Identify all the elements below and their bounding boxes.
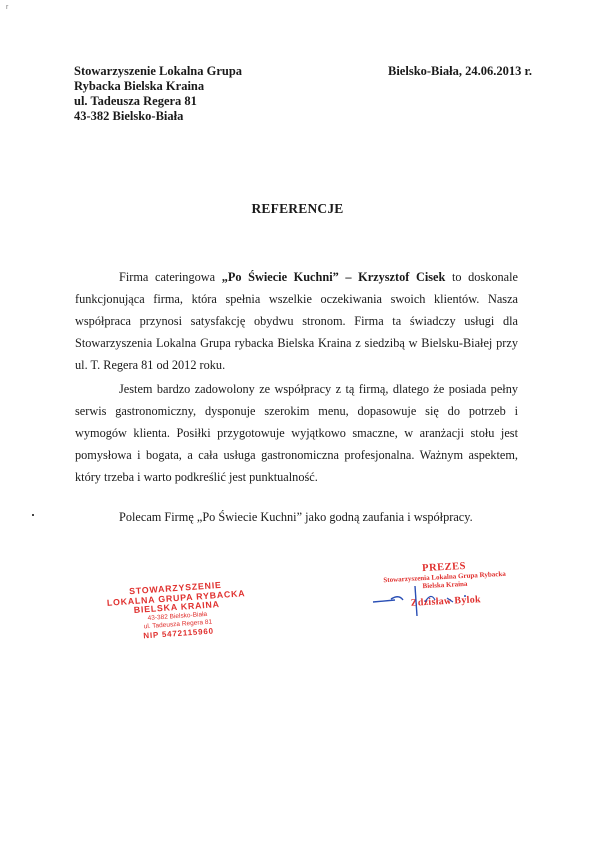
company-name-bold: „Po Świecie Kuchni” – Krzysztof Cisek [222,270,446,284]
scan-speck [32,514,34,516]
organization-stamp: STOWARZYSZENIE LOKALNA GRUPA RYBACKA BIE… [90,578,263,643]
sender-line-4: 43-382 Bielsko-Biała [74,109,242,124]
paragraph-1-rest: to doskonale funkcjonująca firma, która … [75,270,518,372]
sender-line-2: Rybacka Bielska Kraina [74,79,242,94]
paragraph-2: Jestem bardzo zadowolony ze współpracy z… [75,378,518,488]
paragraph-3: Polecam Firmę „Po Świecie Kuchni” jako g… [75,506,518,528]
handwritten-signature [365,580,505,620]
sender-line-3: ul. Tadeusza Regera 81 [74,94,242,109]
document-title: REFERENCJE [0,201,595,217]
paragraph-1-lead: Firma cateringowa [119,270,222,284]
sender-line-1: Stowarzyszenie Lokalna Grupa [74,64,242,79]
corner-scan-mark: r [6,4,8,11]
place-and-date: Bielsko-Biała, 24.06.2013 r. [388,64,532,79]
paragraph-1: Firma cateringowa „Po Świecie Kuchni” – … [75,266,518,376]
sender-address-block: Stowarzyszenie Lokalna Grupa Rybacka Bie… [74,64,242,124]
